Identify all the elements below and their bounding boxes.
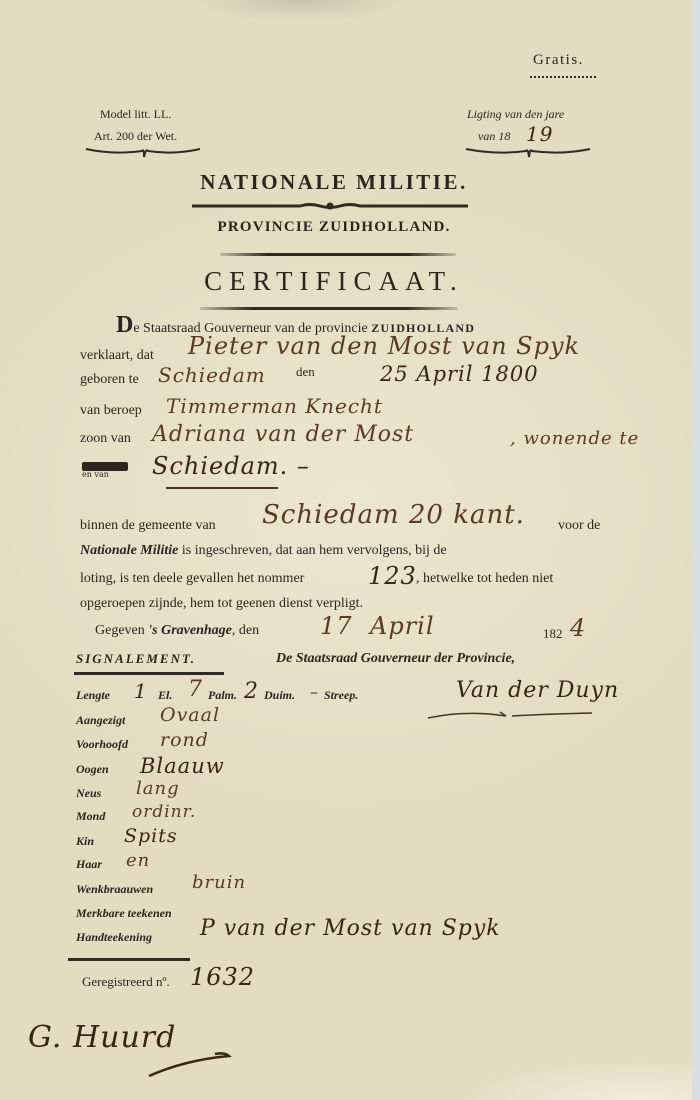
field-label-oogen: Oogen (76, 762, 109, 777)
ornamental-rule (190, 201, 470, 211)
municipality-handwritten: Schiedam 20 kant. (262, 500, 525, 530)
field-label-aangezigt: Aangezigt (76, 713, 125, 728)
title-rule-2 (200, 307, 458, 310)
gratis-label: Gratis. (533, 52, 584, 69)
birthplace-handwritten: Schiedam (158, 363, 266, 387)
field-label-mond: Mond (76, 809, 105, 824)
field-value-mond: ordinr. (132, 802, 196, 822)
voor-de-text: voor de (558, 518, 600, 534)
scan-edge (692, 0, 700, 1100)
body-line-2: Nationale Militie is ingeschreven, dat a… (80, 543, 447, 559)
lengte-palm-label: Palm. (208, 688, 237, 703)
lengte-palm-handwritten: 7 (188, 677, 203, 702)
den-label: den (296, 364, 315, 380)
title-nationale-militie: NATIONALE MILITIE. (0, 170, 668, 195)
lot-number-handwritten: 123 (368, 562, 417, 590)
gegeven-line: Gegeven 's Gravenhage, den (95, 623, 259, 639)
title-provincie: PROVINCIE ZUIDHOLLAND. (0, 219, 668, 236)
lengte-label: Lengte (76, 688, 110, 703)
field-label-handteekening: Handteekening (76, 930, 152, 945)
gemeente-label: binnen de gemeente van (80, 518, 216, 534)
field-label-voorhoofd: Voorhoofd (76, 737, 128, 752)
body-line-3-end: , hetwelke tot heden niet (416, 571, 553, 587)
name-handwritten: Pieter van den Most van Spyk (188, 332, 580, 360)
residence-underline (166, 487, 278, 489)
registrar-signature-flourish (145, 1050, 235, 1080)
issue-day-handwritten: 17 (320, 612, 353, 640)
lengte-el-handwritten: 1 (134, 679, 148, 703)
nationale-militie-italic: Nationale Militie (80, 543, 178, 558)
body-line-4: opgeroepen zijnde, hem tot geenen dienst… (80, 596, 363, 612)
zoon-label: zoon van (80, 431, 131, 447)
body-line-3-start: loting, is ten deele gevallen het nommer (80, 571, 304, 587)
lengte-streep-label: Streep. (324, 688, 358, 703)
struck-out-text: en van (82, 462, 128, 471)
governor-signature-flourish (426, 708, 596, 722)
field-value-aangezigt: Ovaal (160, 704, 220, 726)
gratis-underline (530, 76, 596, 81)
field-value-voorhoofd: rond (160, 729, 209, 751)
parent-handwritten: Adriana van der Most (152, 422, 414, 447)
lengte-duim-handwritten: 2 (244, 679, 259, 704)
registered-number-handwritten: 1632 (190, 963, 255, 991)
ligting-label: Ligting van den jare (467, 107, 564, 122)
field-label-wenkbraauwen: Wenkbraauwen (76, 882, 153, 897)
field-label-merkbare-teekenen: Merkbare teekenen (76, 906, 172, 921)
registered-label: Geregistreerd nº. (82, 974, 170, 990)
beroep-label: van beroep (80, 403, 142, 419)
residence-handwritten: Schiedam. – (152, 452, 310, 480)
drop-cap: D (116, 312, 133, 338)
field-value-wenkbraauwen: bruin (192, 872, 246, 893)
footer-rule (68, 958, 190, 961)
field-value-handteekening: P van der Most van Spyk (200, 916, 501, 941)
governor-signature: Van der Duyn (456, 678, 619, 703)
lengte-duim-label: Duim. (264, 688, 295, 703)
field-value-kin: Spits (124, 825, 178, 847)
issue-year-handwritten: 4 (570, 614, 586, 642)
field-label-kin: Kin (76, 834, 94, 849)
signalement-rule (74, 672, 224, 675)
field-label-neus: Neus (76, 786, 101, 801)
model-label: Model litt. LL. (100, 107, 171, 122)
wonende-handwritten: , wonende te (510, 428, 639, 449)
title-certificaat: CERTIFICAAT. (0, 266, 668, 297)
field-value-neus: lang (136, 778, 180, 799)
field-value-haar: en (126, 850, 150, 871)
governor-caption: De Staatsraad Gouverneur der Provincie, (276, 651, 515, 667)
body-line-2-rest: is ingeschreven, dat aan hem vervolgens,… (178, 543, 446, 558)
left-brace-ornament (84, 145, 204, 159)
gegeven-den: , den (232, 623, 259, 638)
birthdate-handwritten: 25 April 1800 (380, 362, 539, 386)
gegeven-place: 's Gravenhage (148, 623, 232, 638)
ligting-year-prefix: van 18 (478, 129, 510, 144)
occupation-handwritten: Timmerman Knecht (166, 394, 383, 418)
field-label-haar: Haar (76, 857, 102, 872)
issue-year-prefix: 182 (543, 626, 563, 642)
geboren-label: geboren te (80, 372, 139, 388)
title-rule-1 (220, 253, 456, 256)
issue-month-handwritten: April (370, 612, 435, 640)
gegeven-label: Gegeven (95, 623, 145, 638)
signalement-heading: SIGNALEMENT. (76, 651, 196, 667)
lengte-el-label: El. (158, 688, 172, 703)
right-brace-ornament (464, 145, 594, 159)
verklaart-label: verklaart, dat (80, 348, 154, 364)
article-label: Art. 200 der Wet. (94, 129, 177, 144)
field-value-oogen: Blaauw (140, 754, 225, 778)
lengte-streep-handwritten: – (310, 682, 319, 701)
ligting-year-hand: 19 (526, 122, 553, 146)
